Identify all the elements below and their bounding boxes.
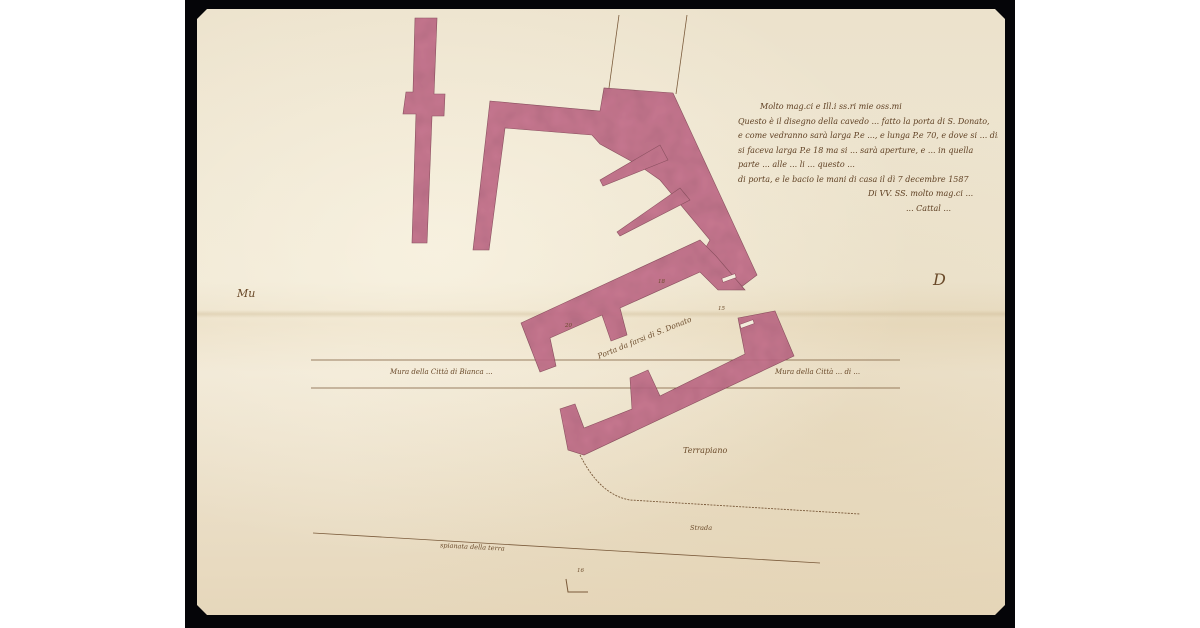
margin-label-right: D: [933, 270, 946, 289]
dimension-label-18: 18: [658, 279, 665, 285]
road-line: [313, 533, 820, 563]
street-edge-right: [676, 15, 687, 94]
inscription-block: Molto mag.ci e Ill.i ss.ri mie oss.mi Qu…: [738, 100, 998, 216]
label-strada: Strada: [690, 524, 712, 532]
inscription-line: di porta, e le bacio le mani di casa il …: [738, 173, 998, 188]
inscription-signature: ... Cattal ...: [738, 202, 998, 217]
wall-segment-left: [403, 18, 445, 243]
scale-mark-symbol: [566, 579, 588, 592]
margin-label-left: Mu: [237, 287, 255, 300]
inscription-closing: Di VV. SS. molto mag.ci ...: [738, 187, 998, 202]
label-terrapieno: Terrapiano: [683, 446, 727, 455]
inscription-line: Questo è il disegno della cavedo ... fat…: [738, 115, 998, 130]
inscription-line: si faceva larga P.e 18 ma si ... sarà ap…: [738, 144, 998, 159]
label-mura-right: Mura della Città ... di ...: [775, 368, 860, 376]
street-edge-left: [609, 15, 619, 88]
buttress-lower: [617, 188, 690, 236]
label-mura-left: Mura della Città di Bianca ...: [390, 368, 493, 376]
inscription-line: Molto mag.ci e Ill.i ss.ri mie oss.mi: [738, 100, 998, 115]
dimension-label-20: 20: [565, 323, 572, 329]
building-plan-drawing: [0, 0, 1200, 628]
inscription-line: e come vedranno sarà larga P.e ..., e lu…: [738, 129, 998, 144]
dimension-label-15: 15: [718, 306, 725, 312]
gate-upper-wall: [521, 240, 745, 372]
pink-wall-washes: [403, 18, 794, 455]
inscription-line: parte ... alle ... li ... questo ...: [738, 158, 998, 173]
terrapieno-curve: [580, 455, 860, 514]
gate-lower-wall: [560, 311, 794, 455]
scale-mark-label: 16: [577, 568, 584, 574]
